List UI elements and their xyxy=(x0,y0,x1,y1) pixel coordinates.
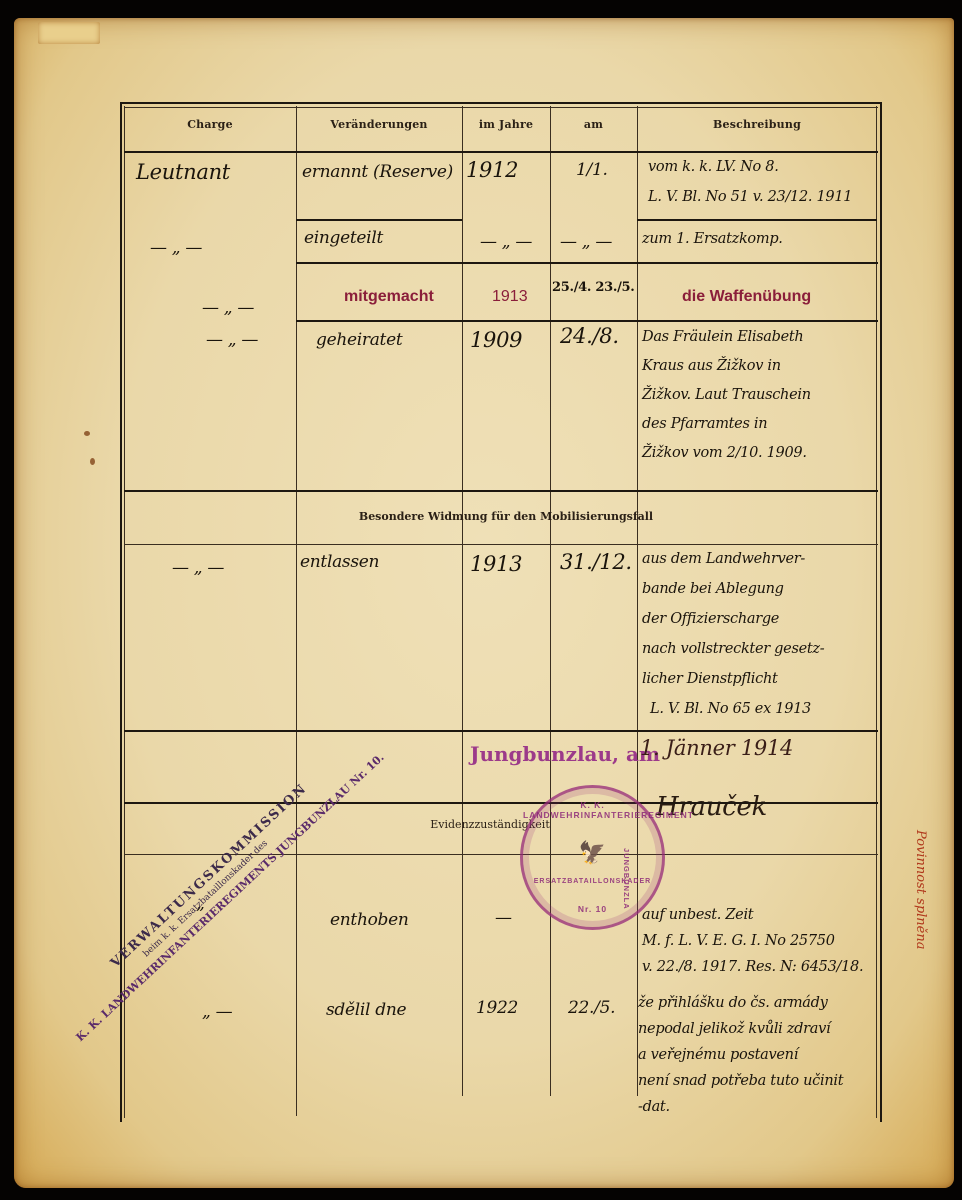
column-header-changes: Veränderungen xyxy=(296,118,462,131)
entry-date: 31./12. xyxy=(560,550,632,574)
entry-year-stamp: 1913 xyxy=(492,288,528,306)
entry-year: 1909 xyxy=(470,328,522,352)
entry-change: geheiratet xyxy=(316,330,402,350)
entry-year: 1912 xyxy=(466,158,518,182)
entry-charge: — „ — xyxy=(202,298,254,318)
entry-change: enthoben xyxy=(330,910,409,930)
entry-description-line: der Offizierscharge xyxy=(642,606,779,633)
entry-change: sdělil dne xyxy=(326,1000,406,1020)
ink-spot xyxy=(84,431,90,436)
entry-description-line: des Pfarramtes in xyxy=(642,411,767,438)
entry-charge: — „ — xyxy=(206,330,258,350)
entry-description-line: M. f. L. V. E. G. I. No 25750 xyxy=(642,928,835,955)
column-header-description: Beschreibung xyxy=(637,118,877,131)
paper-tab xyxy=(38,22,100,44)
entry-charge: — „ — xyxy=(172,558,224,578)
entry-charge: — „ — xyxy=(150,238,202,258)
entry-change-stamp: mitgemacht xyxy=(344,288,434,306)
entry-description-line: -dat. xyxy=(638,1094,670,1121)
entry-date: 22./5. xyxy=(568,998,615,1018)
entry-change: ernannt (Reserve) xyxy=(302,162,453,182)
round-official-stamp: K. K. LANDWEHRINFANTERIEREGIMENT 🦅 ERSAT… xyxy=(520,785,665,930)
entry-year: 1913 xyxy=(470,552,522,576)
ink-spot xyxy=(90,458,95,465)
entry-description-line: Žižkov. Laut Trauschein xyxy=(642,382,811,409)
entry-description-line: vom k. k. LV. No 8. xyxy=(648,154,779,181)
margin-note: Povinnost splněna xyxy=(913,830,928,950)
entry-year: — „ — xyxy=(480,232,532,252)
column-header-charge: Charge xyxy=(124,118,296,131)
section-label-mobilization: Besondere Widmung für den Mobilisierungs… xyxy=(296,510,716,523)
entry-description-line: Žižkov vom 2/10. 1909. xyxy=(642,440,807,467)
entry-description-line: L. V. Bl. No 51 v. 23/12. 1911 xyxy=(648,184,852,211)
entry-date: — „ — xyxy=(560,232,612,252)
entry-charge: Leutnant xyxy=(136,160,230,184)
column-header-date: am xyxy=(550,118,637,131)
entry-description-line: Kraus aus Žižkov in xyxy=(642,353,781,380)
entry-description-line: aus dem Landwehrver- xyxy=(642,546,805,573)
entry-description-line: není snad potřeba tuto učinit xyxy=(638,1068,843,1095)
place-stamp: Jungbunzlau, am xyxy=(470,742,660,766)
entry-year: — xyxy=(495,908,512,928)
entry-date: 1/1. xyxy=(576,160,608,180)
entry-description-line: nach vollstreckter gesetz- xyxy=(642,636,824,663)
entry-date: 24./8. xyxy=(560,324,619,348)
entry-year: 1922 xyxy=(476,998,518,1018)
entry-description-line: L. V. Bl. No 65 ex 1913 xyxy=(650,696,811,723)
entry-description-line: licher Dienstpflicht xyxy=(642,666,778,693)
column-header-year: im Jahre xyxy=(462,118,550,131)
ledger-table: Charge Veränderungen im Jahre am Beschre… xyxy=(120,102,882,1122)
entry-description-line: že přihlášku do čs. armády xyxy=(638,990,828,1017)
entry-description-line: nepodal jelikož kvůli zdraví xyxy=(638,1016,830,1043)
entry-charge: „ — xyxy=(202,1002,232,1022)
entry-date: 25./4. 23./5. xyxy=(552,280,635,295)
entry-description-line: v. 22./8. 1917. Res. N: 6453/18. xyxy=(642,954,863,981)
entry-description-line: Das Fräulein Elisabeth xyxy=(642,324,803,351)
entry-description-line: bande bei Ablegung xyxy=(642,576,784,603)
entry-change: entlassen xyxy=(300,552,379,572)
eagle-icon: 🦅 xyxy=(523,840,662,866)
place-date-handwritten: 1. Jänner 1914 xyxy=(640,736,793,760)
entry-change: eingeteilt xyxy=(304,228,383,248)
entry-description-stamp: die Waffenübung xyxy=(682,288,811,306)
entry-description-line: a veřejnému postavení xyxy=(638,1042,798,1069)
entry-description-line: zum 1. Ersatzkomp. xyxy=(642,226,783,253)
